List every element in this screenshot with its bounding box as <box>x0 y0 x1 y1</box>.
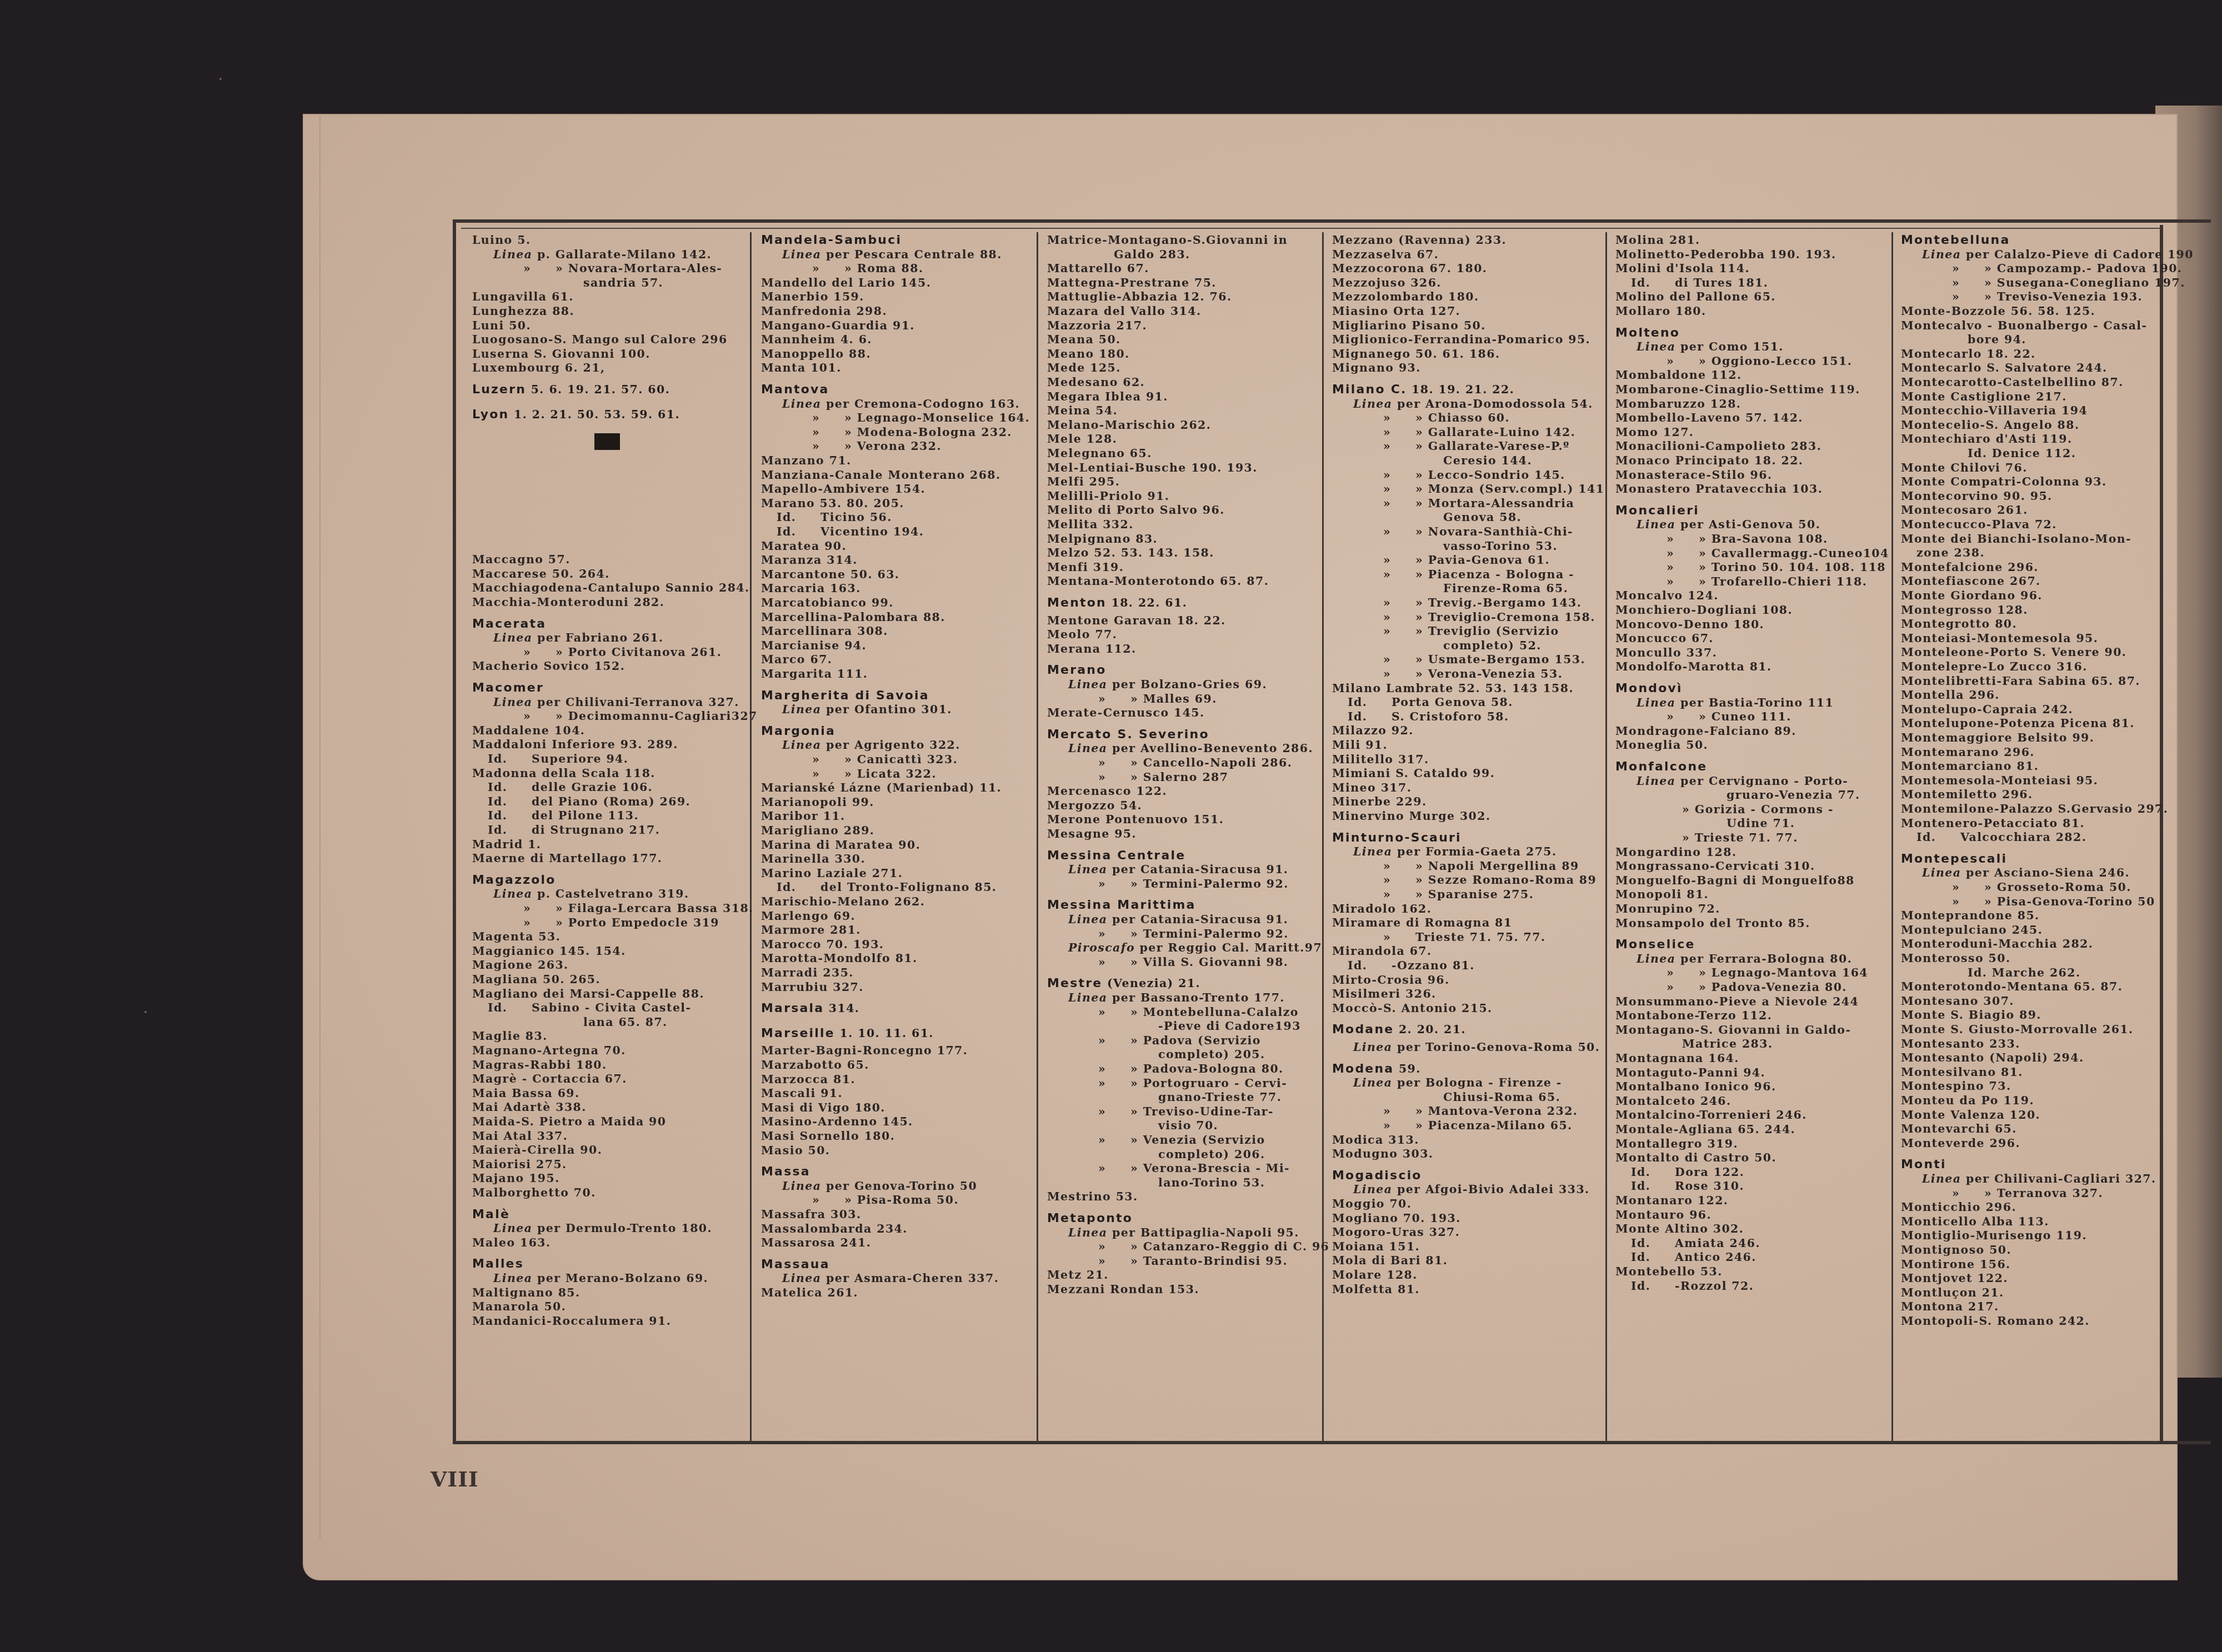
connection-destination: per Calalzo-Pieve di Cadore 190 <box>1961 248 2194 261</box>
linea-label: Linea <box>493 1222 532 1235</box>
index-entry: Montignoso 50. <box>1901 1243 2011 1258</box>
table-numbers: 1. 2. 21. 50. 53. 59. 61. <box>509 408 679 421</box>
linea-label: Linea <box>1353 1076 1392 1089</box>
index-entry: Menfi 319. <box>1047 560 1124 575</box>
connection-destination: per Asmara-Cheren 337. <box>821 1271 999 1285</box>
line-connection: Linea per Asmara-Cheren 337. <box>761 1271 999 1286</box>
index-entry: Molino del Pallone 65. <box>1615 290 1776 304</box>
ditto-connection: » Trieste 71. 75. 77. <box>1332 930 1545 945</box>
continuation-line: gruaro-Venezia 77. <box>1615 788 1860 803</box>
continuation-line: vasso-Torino 53. <box>1332 539 1558 554</box>
station-heading: Margonia <box>761 724 835 739</box>
connection-destination: per Asti-Genova 50. <box>1675 518 1820 531</box>
index-entry: Matelica 261. <box>761 1286 858 1300</box>
index-entry: Montagano-S. Giovanni in Galdo- <box>1615 1023 1851 1038</box>
station-heading: Margherita di Savoia <box>761 689 929 703</box>
index-entry: Luogosano-S. Mango sul Calore 296 <box>472 333 728 347</box>
index-entry: Moiana 151. <box>1332 1240 1420 1254</box>
station-name: Marseille <box>761 1027 835 1040</box>
linea-label: Linea <box>1068 863 1107 876</box>
continuation-line: Matrice 283. <box>1615 1037 1773 1052</box>
connection-destination: per Genova-Torino 50 <box>821 1179 977 1193</box>
connection-destination: p. Gallarate-Milano 142. <box>532 248 712 261</box>
station-heading: Monfalcone <box>1615 760 1707 774</box>
linea-label: Linea <box>1353 1183 1392 1196</box>
index-entry: Manoppello 88. <box>761 347 871 362</box>
index-entry: Mogoro-Uras 327. <box>1332 1225 1460 1240</box>
index-entry: Montjovet 122. <box>1901 1271 2008 1286</box>
page-crease <box>319 117 331 1539</box>
table-numbers: 18. 19. 21. 22. <box>1407 383 1515 396</box>
index-entry: Montemiletto 296. <box>1901 788 2033 802</box>
station-name: Macomer <box>472 681 544 695</box>
index-entry: Montirone 156. <box>1901 1258 2011 1272</box>
line-connection: Linea per Cremona-Codogno 163. <box>761 397 1020 412</box>
station-name: Mantova <box>761 383 829 397</box>
ditto-connection: » » Cuneo 111. <box>1615 710 1791 724</box>
index-entry: Monte Compatri-Colonna 93. <box>1901 475 2107 489</box>
index-entry: Mignano 93. <box>1332 361 1421 376</box>
station-name: Metaponto <box>1047 1212 1133 1225</box>
index-entry: Montaguto-Panni 94. <box>1615 1066 1765 1080</box>
linea-label: Linea <box>493 631 532 644</box>
linea-label: Linea <box>1068 991 1107 1004</box>
ditto-connection: » » Salerno 287 <box>1047 770 1228 785</box>
index-entry: Molfetta 81. <box>1332 1283 1420 1297</box>
index-entry: Mazara del Vallo 314. <box>1047 304 1201 319</box>
index-entry: Montecchio-Villaveria 194 <box>1901 404 2088 418</box>
index-entry: Montesilvano 81. <box>1901 1065 2023 1080</box>
index-entry: Marina di Maratea 90. <box>761 838 920 853</box>
index-entry: Montalcino-Torrenieri 246. <box>1615 1108 1807 1123</box>
ditto-connection: » » Verona-Brescia - Mi- <box>1047 1162 1290 1176</box>
index-entry: Mola di Bari 81. <box>1332 1254 1448 1268</box>
ditto-connection: » » Legnago-Monselice 164. <box>761 411 1030 425</box>
index-column-6: MontebellunaLinea per Calalzo-Pieve di C… <box>1901 233 2162 1444</box>
index-entry: Monticchio 296. <box>1901 1200 2016 1215</box>
connection-destination: per Agrigento 322. <box>821 738 960 752</box>
index-entry: Mogliano 70. 193. <box>1332 1212 1461 1226</box>
index-entry: Mandanici-Roccalumera 91. <box>472 1314 671 1329</box>
table-numbers: 2. 20. 21. <box>1394 1023 1466 1036</box>
line-connection: Linea per Agrigento 322. <box>761 738 960 753</box>
index-entry: Monasterace-Stilo 96. <box>1615 468 1772 483</box>
linea-label: Linea <box>1068 678 1107 691</box>
index-entry: Montefiascone 267. <box>1901 574 2041 589</box>
index-entry: Marcellina-Palombara 88. <box>761 610 945 625</box>
idem-entry: Id. Sabino - Civita Castel- <box>472 1001 691 1015</box>
index-entry: Monte Chilovi 76. <box>1901 461 2028 475</box>
station-heading: Mogadiscio <box>1332 1169 1422 1183</box>
station-heading: Menton 18. 22. 61. <box>1047 596 1187 610</box>
index-entry: Mombaldone 112. <box>1615 368 1741 383</box>
index-entry: Maratea 90. <box>761 539 847 554</box>
line-connection: Linea per Dermulo-Trento 180. <box>472 1222 712 1236</box>
continuation-line: -Pieve di Cadore193 <box>1047 1019 1301 1034</box>
continuation-line: sandria 57. <box>472 276 663 291</box>
ditto-connection: » » Mortara-Alessandria <box>1332 497 1574 511</box>
index-entry: Montluçon 21. <box>1901 1286 2004 1300</box>
line-connection: Linea per Bassano-Trento 177. <box>1047 991 1285 1005</box>
index-entry: Mongardino 128. <box>1615 845 1736 860</box>
index-entry: Montalto di Castro 50. <box>1615 1151 1776 1165</box>
ditto-connection: » » Sezze Romano-Roma 89 <box>1332 873 1597 888</box>
index-entry: Mentana-Monterotondo 65. 87. <box>1047 574 1269 589</box>
connection-destination: per Arona-Domodossola 54. <box>1392 397 1593 411</box>
connection-destination: per Bologna - Firenze - <box>1392 1076 1562 1089</box>
idem-entry: Id. Vicentino 194. <box>761 525 924 539</box>
connection-destination: p. Castelvetrano 319. <box>532 887 689 900</box>
station-name: Margherita di Savoia <box>761 689 929 703</box>
index-entry: Montefalcione 296. <box>1901 560 2039 575</box>
station-name: Milano C. <box>1332 383 1407 397</box>
backdrop-speck <box>144 1011 147 1013</box>
ditto-connection: » » Piacenza-Milano 65. <box>1332 1119 1573 1133</box>
index-entry: Medesano 62. <box>1047 376 1145 390</box>
line-connection: Linea per Genova-Torino 50 <box>761 1179 977 1194</box>
index-entry: Miglionico-Ferrandina-Pomarico 95. <box>1332 333 1590 347</box>
index-entry: Maggianico 145. 154. <box>472 944 626 959</box>
index-entry: Manziana-Canale Monterano 268. <box>761 468 1001 483</box>
ditto-connection: » » Cancello-Napoli 286. <box>1047 756 1292 770</box>
ditto-connection: » » Padova-Bologna 80. <box>1047 1062 1284 1077</box>
station-heading: Macomer <box>472 681 544 695</box>
linea-label: Linea <box>1353 845 1392 858</box>
continuation-line: completo) 52. <box>1332 639 1542 653</box>
index-entry: Montenero-Petacciato 81. <box>1901 817 2085 831</box>
index-entry: Montabone-Terzo 112. <box>1615 1009 1772 1023</box>
index-entry: Marzabotto 65. <box>761 1058 869 1073</box>
ditto-connection: » » Treviso-Venezia 193. <box>1901 290 2143 304</box>
index-entry: Meolo 77. <box>1047 628 1117 642</box>
linea-label: Linea <box>782 248 821 261</box>
ditto-connection: » » Trofarello-Chieri 118. <box>1615 575 1867 589</box>
index-entry: Moneglia 50. <box>1615 738 1708 753</box>
station-name: Magazzolo <box>472 873 556 887</box>
ditto-connection: » » Oggiono-Lecco 151. <box>1615 354 1852 369</box>
station-heading: Messina Centrale <box>1047 849 1185 863</box>
station-heading: Monselice <box>1615 938 1695 952</box>
linea-label: Linea <box>782 1179 821 1193</box>
line-connection: Linea per Bolzano-Gries 69. <box>1047 678 1267 692</box>
index-entry: Mombaruzzo 128. <box>1615 397 1741 412</box>
line-connection: Linea per Ofantino 301. <box>761 703 952 717</box>
index-entry: Montemilone-Palazzo S.Gervasio 297. <box>1901 802 2168 817</box>
index-entry: Mezzocorona 67. 180. <box>1332 262 1487 276</box>
linea-label: Linea <box>1637 952 1675 965</box>
index-entry: Mel-Lentiai-Busche 190. 193. <box>1047 461 1258 475</box>
index-entry: Mapello-Ambivere 154. <box>761 482 925 497</box>
page-number: VIII <box>431 1466 479 1491</box>
ditto-connection: » » Roma 88. <box>761 262 923 276</box>
line-connection: Linea per Chilivani-Cagliari 327. <box>1901 1172 2156 1187</box>
index-entry: Mignanego 50. 61. 186. <box>1332 347 1500 362</box>
linea-label: Linea <box>1068 913 1107 926</box>
index-entry: Luni 50. <box>472 319 531 333</box>
index-entry: Montauro 96. <box>1615 1208 1711 1223</box>
linea-label: Linea <box>493 887 532 900</box>
connection-destination: per Catania-Siracusa 91. <box>1107 863 1288 876</box>
index-entry: Mezzano (Ravenna) 233. <box>1332 233 1507 248</box>
index-entry: Montegrotto 80. <box>1901 617 2017 632</box>
ditto-connection: » » Gallarate-Varese-P.º <box>1332 439 1570 454</box>
index-entry: Mannheim 4. 6. <box>761 333 872 347</box>
index-entry: Mattarello 67. <box>1047 262 1149 276</box>
station-heading: Mondovì <box>1615 682 1683 696</box>
station-heading: Modena 59. <box>1332 1062 1421 1077</box>
table-numbers: 314. <box>824 1002 859 1015</box>
index-entry: Mimiani S. Cataldo 99. <box>1332 767 1495 781</box>
ditto-connection: » » Verona-Venezia 53. <box>1332 667 1563 682</box>
index-entry: Monrupino 72. <box>1615 902 1720 917</box>
connection-destination: per Chilivani-Terranova 327. <box>532 695 739 709</box>
idem-entry: Id. Valcocchiara 282. <box>1901 830 2086 845</box>
index-entry: Mentone Garavan 18. 22. <box>1047 614 1226 628</box>
ditto-connection: » » Porto Empedocle 319 <box>472 916 719 930</box>
index-entry: Masi Sornello 180. <box>761 1129 895 1144</box>
station-name: Modane <box>1332 1023 1394 1037</box>
column-divider <box>1605 232 1607 1443</box>
station-name: Malles <box>472 1257 524 1271</box>
index-entry: Maiorisi 275. <box>472 1158 567 1172</box>
index-entry: Maccarese 50. 264. <box>472 567 610 582</box>
index-entry: Monacilioni-Campolieto 283. <box>1615 439 1821 454</box>
ditto-connection: » » Novara-Mortara-Ales- <box>472 262 722 276</box>
index-entry: Melegnano 65. <box>1047 447 1152 461</box>
backdrop-speck <box>219 78 222 80</box>
index-entry: Montecelio-S. Angelo 88. <box>1901 418 2079 433</box>
index-entry: Mascali 91. <box>761 1087 843 1101</box>
index-entry: Monteleone-Porto S. Venere 90. <box>1901 645 2126 660</box>
ditto-connection: » » Monza (Serv.compl.) 141 <box>1332 482 1604 497</box>
index-entry: Modugno 303. <box>1332 1147 1433 1162</box>
index-entry: Migliarino Pisano 50. <box>1332 319 1486 333</box>
idem-entry: Id. -Rozzol 72. <box>1615 1279 1754 1294</box>
station-heading: Monti <box>1901 1158 1946 1172</box>
index-entry: Margarita 111. <box>761 667 868 682</box>
ditto-connection: » » Bra-Savona 108. <box>1615 532 1828 547</box>
index-entry: Montecarlo S. Salvatore 244. <box>1901 361 2108 376</box>
index-entry: Montecarlo 18. 22. <box>1901 347 2036 362</box>
index-entry: Miramare di Romagna 81 <box>1332 916 1512 930</box>
station-heading: Merano <box>1047 663 1107 678</box>
ditto-connection: » » Novara-Santhià-Chi- <box>1332 525 1573 539</box>
connection-destination: per Como 151. <box>1675 340 1783 353</box>
index-entry: Marcaria 163. <box>761 582 861 596</box>
ditto-connection: » » Pisa-Roma 50. <box>761 1193 959 1208</box>
index-entry: Manta 101. <box>761 361 842 376</box>
station-heading: Marseille 1. 10. 11. 61. <box>761 1027 934 1041</box>
connection-destination: per Cremona-Codogno 163. <box>821 397 1020 411</box>
index-entry: Merone Pontenuovo 151. <box>1047 813 1224 827</box>
idem-entry: Id. Superiore 94. <box>472 752 628 767</box>
continuation-line: lano-Torino 53. <box>1047 1176 1265 1190</box>
index-entry: Mede 125. <box>1047 361 1121 376</box>
index-entry: Mandello del Lario 145. <box>761 276 931 291</box>
continuation-line: bore 94. <box>1901 333 2026 347</box>
station-name: Menton <box>1047 596 1107 610</box>
index-entry: Montalbano Ionico 96. <box>1615 1080 1776 1094</box>
linea-label: Linea <box>1353 397 1392 411</box>
index-entry: Montecarotto-Castelbellino 87. <box>1901 376 2124 390</box>
idem-entry: Id. Rose 310. <box>1615 1179 1744 1194</box>
index-entry: Maia Bassa 69. <box>472 1087 580 1101</box>
index-entry: Montemarano 296. <box>1901 745 2035 760</box>
station-heading: Malles <box>472 1257 524 1271</box>
index-entry: Marcantone 50. 63. <box>761 568 899 582</box>
ditto-connection: » » Venezia (Servizio <box>1047 1133 1265 1148</box>
station-heading: Moncalieri <box>1615 504 1699 518</box>
index-entry: Marianopoli 99. <box>761 795 874 810</box>
station-heading: Molteno <box>1615 326 1680 341</box>
ditto-connection: » » Termini-Palermo 92. <box>1047 877 1289 892</box>
line-connection: Piroscafo per Reggio Cal. Maritt.97 <box>1047 941 1322 955</box>
idem-entry: Id. del Piano (Roma) 269. <box>472 795 690 809</box>
index-entry: Monteu da Po 119. <box>1901 1094 2034 1108</box>
station-name: Messina Centrale <box>1047 849 1185 863</box>
index-entry: Meina 54. <box>1047 404 1118 418</box>
ditto-connection: » » Verona 232. <box>761 439 942 454</box>
connection-destination: per Bastia-Torino 111 <box>1675 696 1834 709</box>
station-name: Mercato S. Severino <box>1047 728 1209 742</box>
column-divider <box>1891 232 1893 1443</box>
index-entry: Montelepre-Lo Zucco 316. <box>1901 660 2088 674</box>
index-entry: Marigliano 289. <box>761 824 874 838</box>
index-entry: Magnano-Artegna 70. <box>472 1044 626 1058</box>
index-entry: Moccò-S. Antonio 215. <box>1332 1002 1493 1016</box>
ditto-connection: » » Taranto-Brindisi 95. <box>1047 1254 1288 1269</box>
ditto-connection: » » Treviglio-Cremona 158. <box>1332 610 1595 625</box>
index-entry: Montecosaro 261. <box>1901 503 2028 518</box>
index-entry: Monte dei Bianchi-Isolano-Mon- <box>1901 532 2131 547</box>
index-entry: Montona 217. <box>1901 1300 1999 1314</box>
index-entry: Mezzaselva 67. <box>1332 248 1439 262</box>
ditto-connection: » » Decimomannu-Cagliari327 <box>472 709 758 724</box>
ditto-connection: » » Licata 322. <box>761 767 937 782</box>
index-entry: Mondragone-Falciano 89. <box>1615 724 1796 739</box>
index-entry: Masio 50. <box>761 1144 830 1158</box>
index-entry: Momo 127. <box>1615 425 1694 440</box>
section-letter-m: M <box>594 433 620 450</box>
connection-destination: per Reggio Cal. Maritt.97 <box>1135 941 1322 954</box>
index-entry: Magras-Rabbi 180. <box>472 1058 607 1073</box>
index-entry: Miradolo 162. <box>1332 902 1432 917</box>
index-entry: Monastero Pratavecchia 103. <box>1615 482 1823 497</box>
index-entry: Marocco 70. 193. <box>761 938 884 952</box>
connection-destination: per Chilivani-Cagliari 327. <box>1961 1172 2156 1185</box>
line-connection: Linea p. Gallarate-Milano 142. <box>472 248 712 262</box>
linea-label: Linea <box>493 695 532 709</box>
index-entry: Montesanto (Napoli) 294. <box>1901 1051 2084 1065</box>
index-entry: Macherio Sovico 152. <box>472 659 625 674</box>
line-connection: Linea p. Castelvetrano 319. <box>472 887 689 902</box>
ditto-connection: » » Sparanise 275. <box>1332 888 1534 902</box>
continuation-line: lana 65. 87. <box>472 1015 668 1030</box>
index-column-4: Mezzano (Ravenna) 233.Mezzaselva 67.Mezz… <box>1332 233 1604 1444</box>
index-entry: Marmore 281. <box>761 923 861 938</box>
ditto-connection: » » Usmate-Bergamo 153. <box>1332 653 1585 667</box>
index-entry: Monteprandone 85. <box>1901 909 2040 923</box>
ditto-connection: » » Montebelluna-Calalzo <box>1047 1005 1299 1020</box>
linea-label: Linea <box>1353 1040 1392 1054</box>
index-entry: Madrid 1. <box>472 838 541 852</box>
index-entry: Maddalene 104. <box>472 724 585 738</box>
index-entry: Mirandola 67. <box>1332 944 1432 959</box>
index-entry: Monguelfo-Bagni di Monguelfo88 <box>1615 874 1855 888</box>
linea-label: Linea <box>1922 1172 1961 1185</box>
ditto-connection: » » Susegana-Conegliano 197. <box>1901 276 2185 291</box>
linea-label: Linea <box>782 703 821 716</box>
index-entry: Marcianise 94. <box>761 639 867 653</box>
index-entry: Mangano-Guardia 91. <box>761 319 915 333</box>
index-entry: Melpignano 83. <box>1047 532 1158 547</box>
idem-entry: Id. delle Grazie 106. <box>472 780 653 795</box>
idem-entry: Id. Porta Genova 58. <box>1332 695 1513 710</box>
index-entry: Mele 128. <box>1047 432 1117 447</box>
index-entry: Mineo 317. <box>1332 781 1412 795</box>
ditto-connection: » » Termini-Palermo 92. <box>1047 927 1289 942</box>
index-entry: Maerne di Martellago 177. <box>472 852 662 866</box>
station-name: Luzern <box>472 383 526 397</box>
line-connection: Linea per Catania-Siracusa 91. <box>1047 913 1288 927</box>
linea-label: Linea <box>1068 742 1107 755</box>
index-entry: Lungavilla 61. <box>472 290 574 304</box>
index-entry: Melano-Marischio 262. <box>1047 418 1211 433</box>
ditto-connection: » » Padova (Servizio <box>1047 1034 1261 1048</box>
station-name: Malè <box>472 1208 510 1222</box>
continuation-line: Udine 71. <box>1615 817 1795 831</box>
index-entry: Montagnana 164. <box>1615 1052 1739 1066</box>
line-connection: Linea per Bologna - Firenze - <box>1332 1076 1562 1090</box>
index-entry: Lunghezza 88. <box>472 304 574 319</box>
table-numbers: 5. 6. 19. 21. 57. 60. <box>526 383 670 396</box>
index-entry: Mai Adartè 338. <box>472 1100 587 1115</box>
idem-entry: Id. Amiata 246. <box>1615 1237 1760 1251</box>
continuation-line: Id. Marche 262. <box>1901 966 2080 980</box>
index-entry: Madonna della Scala 118. <box>472 767 655 781</box>
ditto-connection: » » Canicattì 323. <box>761 753 958 767</box>
linea-label: Linea <box>1637 696 1675 709</box>
index-entry: Majano 195. <box>472 1172 560 1186</box>
idem-entry: Id. del Pilone 113. <box>472 809 639 823</box>
index-entry: Marzocca 81. <box>761 1073 855 1087</box>
station-name: Monselice <box>1615 938 1695 952</box>
table-numbers: 59. <box>1394 1062 1420 1075</box>
index-entry: Mombarone-Cinaglio-Settime 119. <box>1615 383 1860 397</box>
index-entry: Montale-Agliana 65. 244. <box>1615 1123 1795 1137</box>
index-entry: Montespino 73. <box>1901 1079 2011 1094</box>
idem-entry: Id. del Tronto-Folignano 85. <box>761 880 997 895</box>
station-heading: Minturno-Scauri <box>1332 831 1462 845</box>
connection-destination: per Ferrara-Bologna 80. <box>1675 952 1852 965</box>
idem-entry: Id. S. Cristoforo 58. <box>1332 710 1509 724</box>
index-entry: Malborghetto 70. <box>472 1186 596 1200</box>
ditto-connection: » Gorizia - Cormons - <box>1615 803 1834 817</box>
line-connection: Linea per Afgoi-Bivio Adalei 333. <box>1332 1183 1590 1197</box>
index-entry: Maleo 163. <box>472 1236 551 1250</box>
index-entry: Manarola 50. <box>472 1300 566 1314</box>
line-connection: Linea per Torino-Genova-Roma 50. <box>1332 1040 1600 1055</box>
connection-destination: per Catania-Siracusa 91. <box>1107 913 1288 926</box>
continuation-line: Id. Denice 112. <box>1901 447 2076 461</box>
index-entry: Mili 91. <box>1332 738 1388 753</box>
index-entry: Monte Castiglione 217. <box>1901 390 2067 404</box>
index-entry: Mergozzo 54. <box>1047 799 1142 813</box>
index-column-1: Luino 5.Linea p. Gallarate-Milano 142.» … <box>472 233 744 1444</box>
index-entry: Luserna S. Giovanni 100. <box>472 347 650 362</box>
ditto-connection: » » Treviso-Udine-Tar- <box>1047 1105 1274 1119</box>
index-entry: Minerbe 229. <box>1332 795 1427 809</box>
